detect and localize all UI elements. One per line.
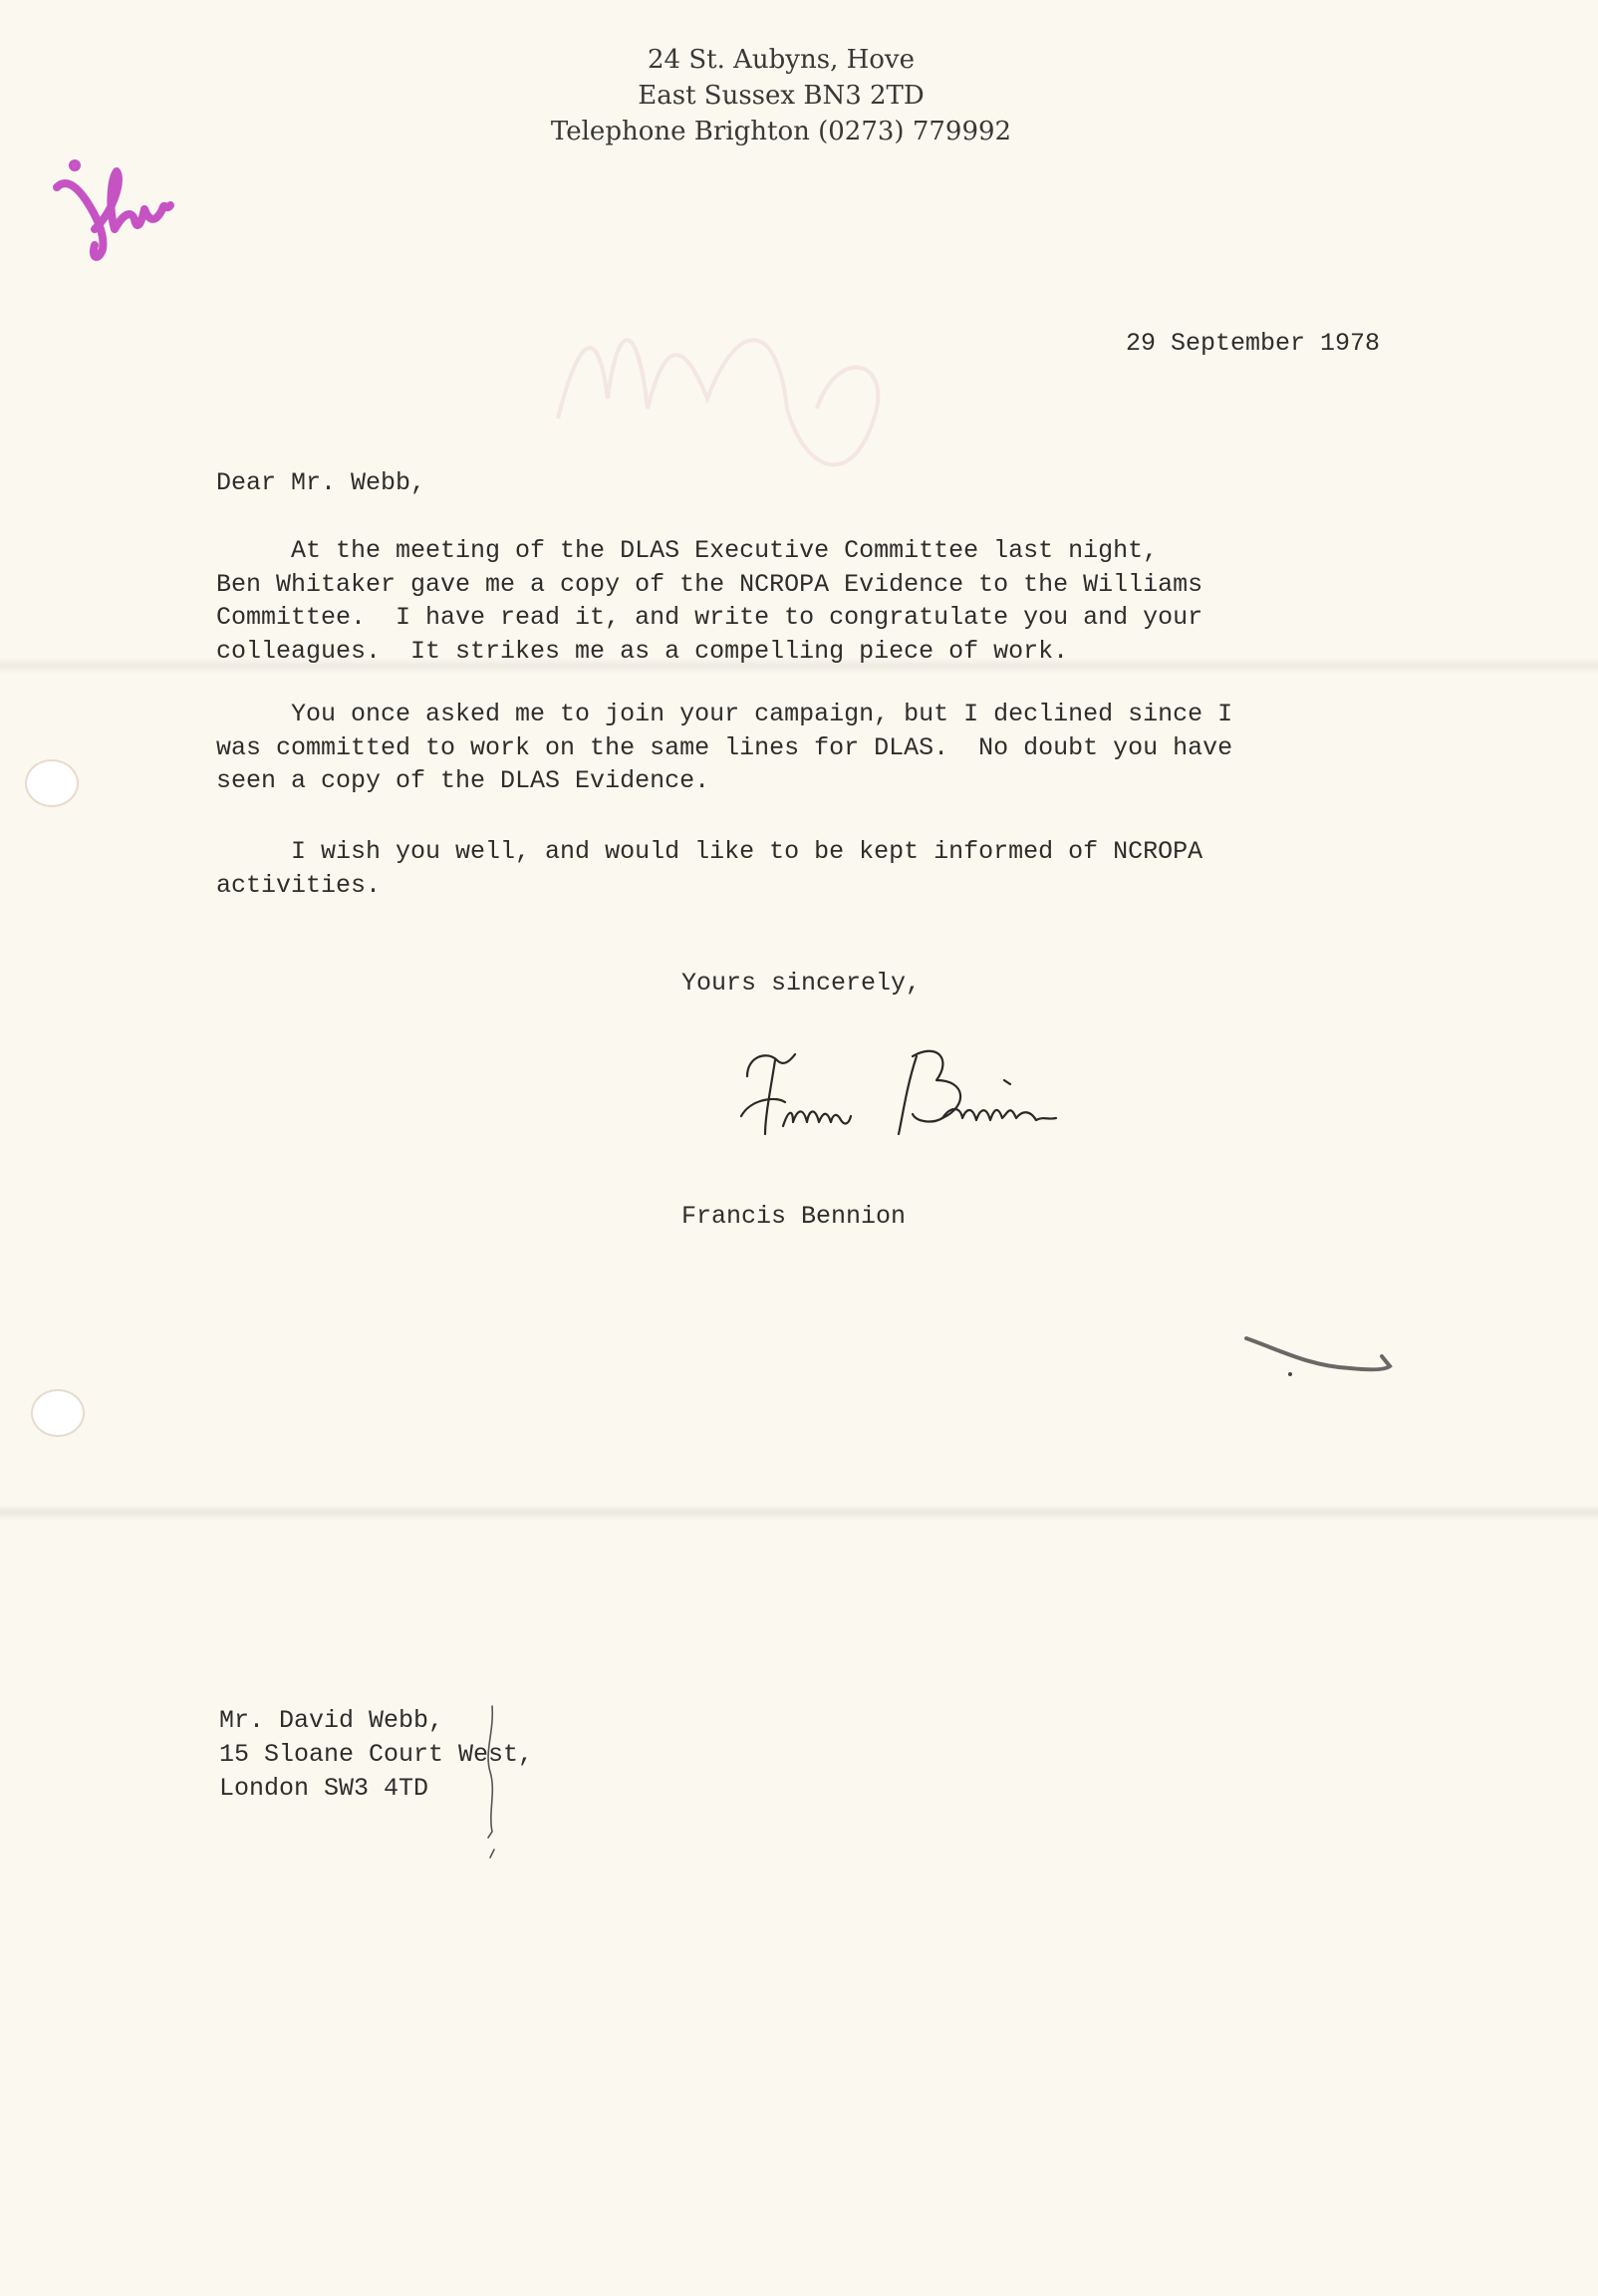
punch-hole xyxy=(33,1391,83,1435)
paragraph-1: At the meeting of the DLAS Executive Com… xyxy=(216,534,1202,668)
paragraph-2: You once asked me to join your campaign,… xyxy=(216,698,1232,798)
punch-hole xyxy=(27,761,77,805)
paragraph-line: was committed to work on the same lines … xyxy=(216,731,1232,765)
stray-pen-mark xyxy=(1240,1330,1400,1380)
paragraph-line: colleagues. It strikes me as a compellin… xyxy=(216,635,1202,669)
letterhead-street: 24 St. Aubyns, Hove xyxy=(0,42,1562,78)
bleed-through-mark xyxy=(538,259,936,518)
paragraph-line: I wish you well, and would like to be ke… xyxy=(216,835,1202,869)
handwritten-signature: Francis Bennion xyxy=(737,1036,1136,1156)
paragraph-line: Ben Whitaker gave me a copy of the NCROP… xyxy=(216,568,1202,602)
paragraph-line: At the meeting of the DLAS Executive Com… xyxy=(216,534,1202,568)
letterhead-telephone: Telephone Brighton (0273) 779992 xyxy=(0,114,1562,149)
letterhead-city: East Sussex BN3 2TD xyxy=(0,78,1562,114)
signatory-name: Francis Bennion xyxy=(681,1202,906,1231)
letter-date: 29 September 1978 xyxy=(1126,329,1380,358)
paragraph-line: Committee. I have read it, and write to … xyxy=(216,601,1202,635)
letterhead: 24 St. Aubyns, Hove East Sussex BN3 2TD … xyxy=(0,42,1562,149)
paragraph-line: You once asked me to join your campaign,… xyxy=(216,698,1232,731)
closing: Yours sincerely, xyxy=(681,969,921,998)
paragraph-3: I wish you well, and would like to be ke… xyxy=(216,835,1202,902)
salutation: Dear Mr. Webb, xyxy=(216,468,425,497)
paragraph-line: activities. xyxy=(216,869,1202,903)
handwritten-file-annotation xyxy=(45,149,204,269)
pen-line-mark xyxy=(478,1702,508,1862)
paragraph-line: seen a copy of the DLAS Evidence. xyxy=(216,764,1232,798)
